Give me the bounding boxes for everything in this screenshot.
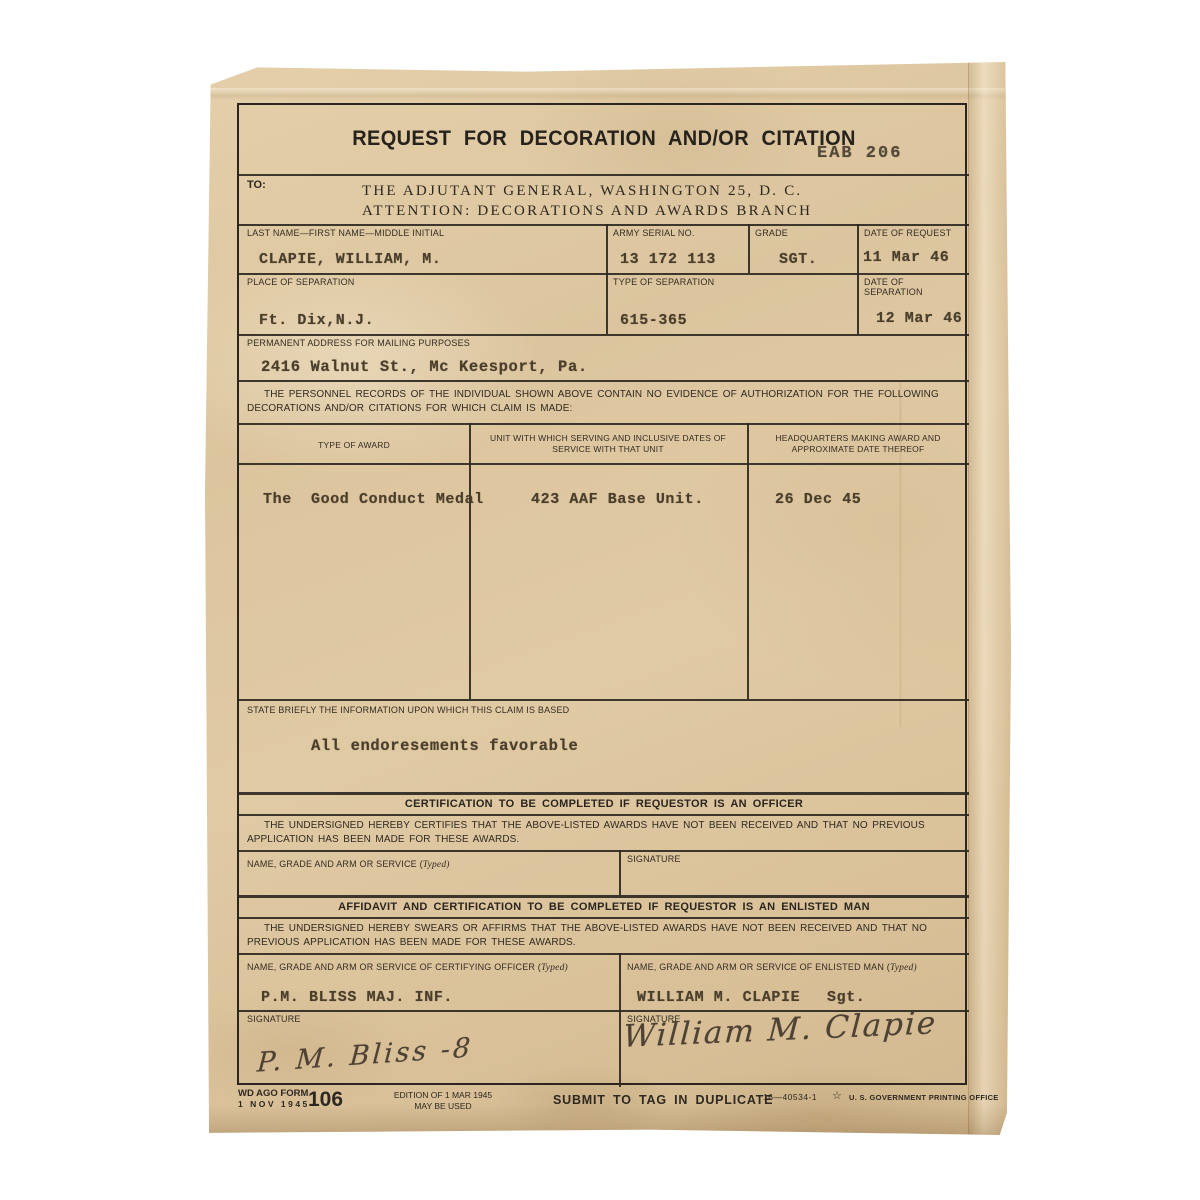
enlisted-man-typed-value: WILLIAM M. CLAPIE [637, 989, 800, 1006]
type-separation-value: 615-365 [620, 312, 687, 329]
name-label: LAST NAME—FIRST NAME—MIDDLE INITIAL [247, 228, 444, 238]
rule-line [619, 953, 621, 1087]
award-col-hq-header: HEADQUARTERS MAKING AWARD AND APPROXIMAT… [757, 433, 959, 456]
rule-line [239, 850, 969, 852]
certifying-officer-typed-word: Typed) [541, 963, 568, 973]
enlisted-man-typed-word: Typed) [890, 963, 917, 973]
footer-edition-line2: MAY BE USED [363, 1101, 523, 1112]
rule-line [748, 224, 750, 273]
rule-line [239, 814, 969, 816]
officer-cert-name-label: NAME, GRADE AND ARM OR SERVICE (Typed) [247, 854, 450, 872]
rule-line [239, 699, 969, 701]
type-separation-label: TYPE OF SEPARATION [613, 277, 714, 287]
enlisted-man-name-label: NAME, GRADE AND ARM OR SERVICE OF ENLIST… [627, 957, 917, 975]
enlisted-man-grade-typed: Sgt. [827, 989, 865, 1006]
star-icon: ☆ [832, 1089, 842, 1102]
footer-gpo-note: U. S. GOVERNMENT PRINTING OFFICE [849, 1093, 999, 1102]
rule-line [239, 792, 969, 795]
footer-form-name: WD AGO FORM 1 NOV 1945 [238, 1088, 310, 1110]
to-label: TO: [247, 179, 266, 191]
address-label: PERMANENT ADDRESS FOR MAILING PURPOSES [247, 338, 470, 348]
rule-line [239, 953, 969, 955]
grade-value: SGT. [779, 251, 817, 268]
to-line1: THE ADJUTANT GENERAL, WASHINGTON 25, D. … [362, 183, 802, 200]
award-col-type-header: TYPE OF AWARD [269, 440, 439, 451]
date-request-label: DATE OF REQUEST [864, 228, 951, 238]
name-value: CLAPIE, WILLIAM, M. [259, 251, 441, 268]
footer-edition-line1: EDITION OF 1 MAR 1945 [363, 1090, 523, 1101]
rule-line [606, 224, 608, 334]
rule-line [239, 917, 969, 919]
rule-line [239, 174, 969, 176]
claim-label: STATE BRIEFLY THE INFORMATION UPON WHICH… [247, 705, 569, 715]
officer-cert-header: CERTIFICATION TO BE COMPLETED IF REQUEST… [239, 798, 969, 810]
rule-line [239, 423, 969, 425]
document-page: REQUEST FOR DECORATION AND/OR CITATION E… [205, 62, 1011, 1135]
serial-label: ARMY SERIAL NO. [613, 228, 695, 238]
officer-signature-label: SIGNATURE [247, 1014, 301, 1024]
records-statement: THE PERSONNEL RECORDS OF THE INDIVIDUAL … [247, 388, 963, 416]
place-separation-label: PLACE OF SEPARATION [247, 277, 355, 287]
rule-line [239, 273, 969, 275]
certifying-officer-typed-value: P.M. BLISS MAJ. INF. [261, 989, 453, 1006]
rule-line [619, 850, 621, 895]
officer-cert-signature-label: SIGNATURE [627, 854, 681, 864]
grade-label: GRADE [755, 228, 788, 238]
footer-form-name-line1: WD AGO FORM [238, 1088, 310, 1099]
footer-form-name-line2: 1 NOV 1945 [238, 1099, 310, 1109]
footer-edition: EDITION OF 1 MAR 1945 MAY BE USED [363, 1090, 523, 1112]
date-separation-value: 12 Mar 46 [876, 310, 962, 327]
footer-submit-note: SUBMIT TO TAG IN DUPLICATE [553, 1093, 773, 1107]
officer-cert-name-label-text: NAME, GRADE AND ARM OR SERVICE ( [247, 859, 423, 869]
rule-line [239, 463, 969, 465]
rule-line [469, 423, 471, 699]
certifying-officer-name-label-text: NAME, GRADE AND ARM OR SERVICE OF CERTIF… [247, 962, 541, 972]
rule-line [239, 895, 969, 898]
footer-print-code: 16—40534-1 [763, 1092, 817, 1102]
date-request-value: 11 Mar 46 [863, 249, 949, 266]
certifying-officer-name-label: NAME, GRADE AND ARM OR SERVICE OF CERTIF… [247, 957, 568, 975]
rule-line [747, 423, 749, 699]
paper-fold-crease [205, 88, 1011, 100]
enlisted-cert-body: THE UNDERSIGNED HEREBY SWEARS OR AFFIRMS… [247, 922, 963, 950]
award-unit-value: 423 AAF Base Unit. [531, 491, 704, 508]
officer-cert-body: THE UNDERSIGNED HEREBY CERTIFIES THAT TH… [247, 819, 963, 847]
enlisted-cert-header: AFFIDAVIT AND CERTIFICATION TO BE COMPLE… [239, 901, 969, 913]
officer-cert-typed-word: Typed) [423, 860, 450, 870]
serial-value: 13 172 113 [620, 251, 716, 268]
award-hq-value: 26 Dec 45 [775, 491, 861, 508]
paper-right-edge [968, 62, 1011, 1135]
page-title-text: REQUEST FOR DECORATION AND/OR CITATION [352, 127, 856, 151]
award-type-value: The Good Conduct Medal [263, 491, 484, 508]
claim-value: All endoresements favorable [311, 737, 578, 755]
rule-line [239, 380, 969, 382]
place-separation-value: Ft. Dix,N.J. [259, 312, 374, 329]
form-border: REQUEST FOR DECORATION AND/OR CITATION E… [237, 103, 967, 1085]
rule-line [857, 224, 859, 334]
stamp-eab: EAB 206 [817, 144, 902, 163]
to-line2: ATTENTION: DECORATIONS AND AWARDS BRANCH [362, 203, 812, 220]
award-col-unit-header: UNIT WITH WHICH SERVING AND INCLUSIVE DA… [479, 433, 737, 456]
footer-form-number: 106 [308, 1088, 343, 1112]
rule-line [239, 224, 969, 226]
enlisted-man-name-label-text: NAME, GRADE AND ARM OR SERVICE OF ENLIST… [627, 962, 890, 972]
address-value: 2416 Walnut St., Mc Keesport, Pa. [261, 358, 588, 376]
rule-line [239, 334, 969, 336]
date-separation-label: DATE OF SEPARATION [864, 277, 965, 298]
